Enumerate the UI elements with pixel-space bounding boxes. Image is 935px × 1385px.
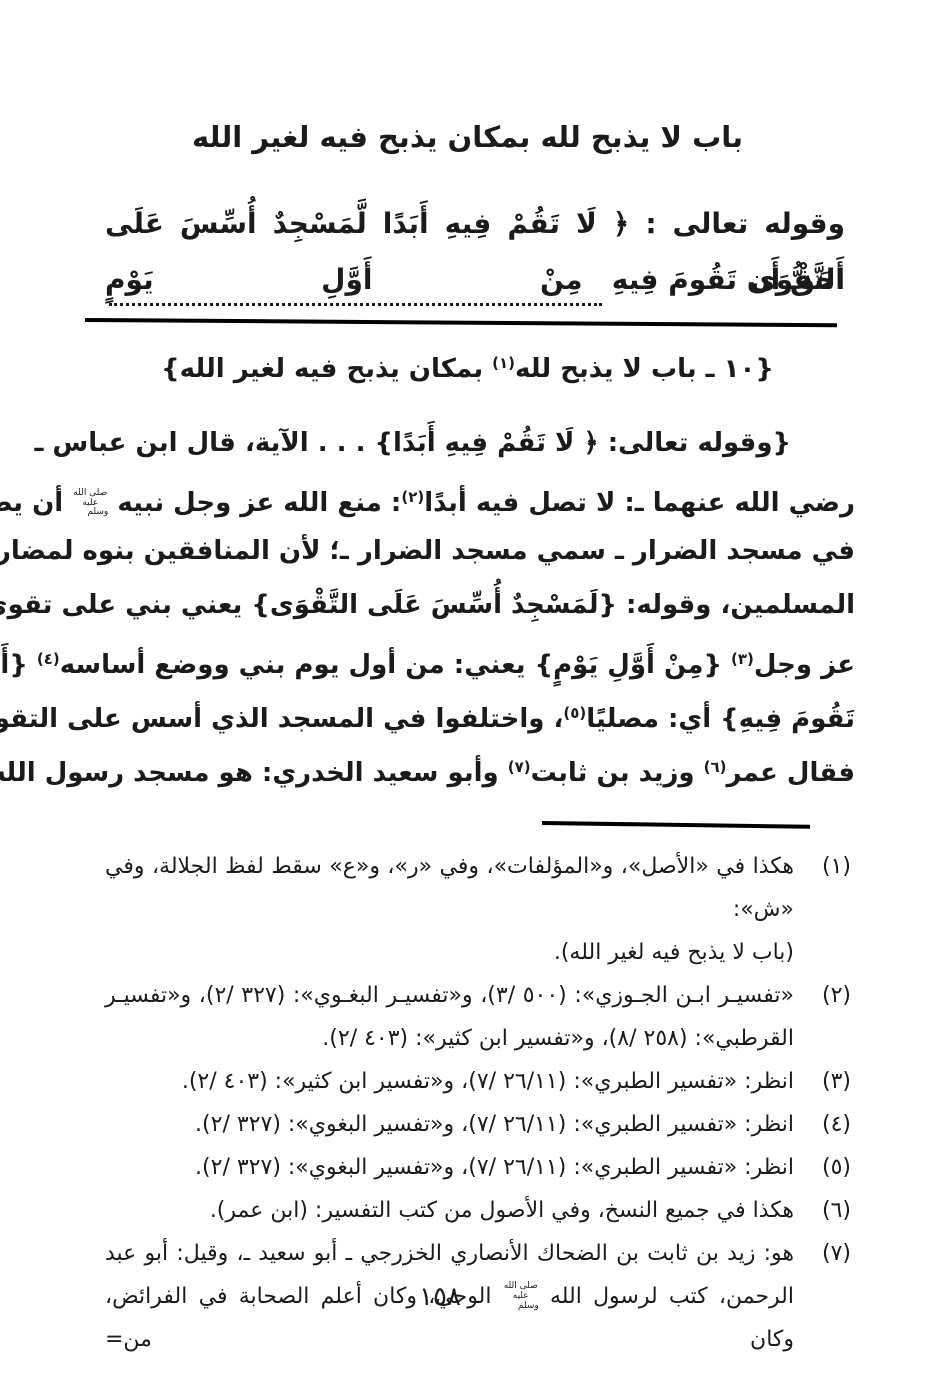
footnote-line: هكذا في «الأصل»، و«المؤلفات»، وفي «ر»، و… — [105, 845, 794, 931]
text-run: رضي الله عنهما ـ: لا تصل فيه أبدًا — [424, 488, 855, 518]
text-run: هو: زيد بن ثابت بن الضحاك الأنصاري الخزر… — [105, 1241, 794, 1266]
footnote-marker: (٧) — [794, 1232, 855, 1361]
footnote-text: انظر: «تفسير الطبري»: (٢٦/١١ /٧)، و«تفسي… — [105, 1103, 794, 1146]
text-run: انظر: «تفسير الطبري»: (٢٦/١١ /٧)، و«تفسي… — [195, 1112, 794, 1137]
footnote: (٢)«تفسيـر ابـن الجـوزي»: (٥٠٠ /٣)، و«تف… — [105, 974, 855, 1060]
body-line: عز وجل(٣) {مِنْ أَوَّلِ يَوْمٍ} يعني: من… — [105, 632, 855, 686]
footnote-ref: (٢) — [401, 488, 424, 506]
text-run: انظر: «تفسير الطبري»: (٢٦/١١ /٧)، و«تفسي… — [195, 1155, 794, 1180]
body-line: تَقُومَ فِيهِ} أي: مصليًا(٥)، واختلفوا ف… — [105, 686, 855, 740]
footnote-line: انظر: «تفسير الطبري»: (٢٦/١١ /٧)، و«تفسي… — [105, 1103, 794, 1146]
text-run: وزيد بن ثابت — [531, 758, 704, 788]
text-run: : منع الله عز وجل نبيه — [108, 488, 401, 518]
footnote-line: هو: زيد بن ثابت بن الضحاك الأنصاري الخزر… — [105, 1232, 794, 1275]
footnote-marker: (٣) — [794, 1060, 855, 1103]
footnote: (٣)انظر: «تفسير الطبري»: (٢٦/١١ /٧)، و«ت… — [105, 1060, 855, 1103]
text-run: في مسجد الضرار ـ سمي مسجد الضرار ـ؛ لأن … — [0, 536, 855, 566]
text-run: {وقوله تعالى: — [599, 428, 791, 458]
text-run: انظر: «تفسير الطبري»: (٢٦/١١ /٧)، و«تفسي… — [182, 1069, 794, 1094]
body-line: المسلمين، وقوله: {لَمَسْجِدٌ أُسِّسَ عَل… — [105, 578, 855, 632]
book-page: باب لا يذبح لله بمكان يذبح فيه لغير الله… — [0, 0, 935, 1385]
section-divider-rule — [85, 318, 837, 327]
text-run: } يعني: من أول يوم بني ووضع أساسه — [60, 650, 553, 680]
page-number: ١٥٨ — [398, 1282, 482, 1312]
footnote-line: انظر: «تفسير الطبري»: (٢٦/١١ /٧)، و«تفسي… — [105, 1146, 794, 1189]
dots-leader — [109, 263, 602, 306]
quran-text: ﴿ لَا تَقُمْ فِيهِ أَبَدًا — [393, 428, 599, 458]
quran-open-bracket-icon: ﴿ — [597, 207, 629, 240]
footnote-divider-rule — [542, 821, 810, 829]
footnote: (١)هكذا في «الأصل»، و«المؤلفات»، وفي «ر»… — [105, 845, 855, 974]
text-run: فقال عمر — [727, 758, 855, 788]
body-line: فقال عمر(٦) وزيد بن ثابت(٧) وأبو سعيد ال… — [105, 740, 855, 794]
footnote-ref: (٧) — [508, 758, 531, 776]
verse-intro: وقوله تعالى : — [629, 207, 845, 240]
footnote-line: انظر: «تفسير الطبري»: (٢٦/١١ /٧)، و«تفسي… — [105, 1060, 794, 1103]
text-run: { — [703, 650, 731, 680]
sallallahu-symbol: صلى الله عليه وسلم — [503, 1282, 539, 1312]
footnote-text: هكذا في «الأصل»، و«المؤلفات»، وفي «ر»، و… — [105, 845, 794, 974]
text-run: } أي: مصليًا — [586, 704, 738, 734]
footnote-text: «تفسيـر ابـن الجـوزي»: (٥٠٠ /٣)، و«تفسيـ… — [105, 974, 794, 1060]
footnote-ref: (١) — [492, 354, 515, 372]
quran-text: لَمَسْجِدٌ أُسِّسَ عَلَى التَّقْوَى — [270, 590, 599, 620]
text-run: } يعني بني على تقوى الله — [0, 590, 270, 620]
footnote-ref: (٥) — [563, 704, 586, 722]
text-run: (باب لا يذبح فيه لغير الله). — [554, 940, 794, 965]
text-run: الرحمن، كتب لرسول الله — [539, 1284, 794, 1309]
footnote: (٥)انظر: «تفسير الطبري»: (٢٦/١١ /٧)، و«ت… — [105, 1146, 855, 1189]
section-heading-text: بمكان يذبح فيه لغير الله} — [161, 354, 492, 384]
body-line: {وقوله تعالى: ﴿ لَا تَقُمْ فِيهِ أَبَدًا… — [105, 416, 855, 470]
footnote-marker: (١) — [794, 845, 855, 974]
footnote-line: هكذا في جميع النسخ، وفي الأصول من كتب ال… — [105, 1189, 794, 1232]
footnote-text: هكذا في جميع النسخ، وفي الأصول من كتب ال… — [105, 1189, 794, 1232]
text-run: ، واختلفوا في المسجد الذي أسس على التقوى — [0, 704, 563, 734]
quran-text: أَحَقُّ أَن — [0, 650, 9, 680]
section-heading-text: {١٠ ـ باب لا يذبح لله — [515, 354, 774, 384]
footnote-line: «تفسيـر ابـن الجـوزي»: (٥٠٠ /٣)، و«تفسيـ… — [105, 974, 794, 1017]
text-run: عز وجل — [754, 650, 855, 680]
footnote-marker: (٥) — [794, 1146, 855, 1189]
footnote-marker: (٢) — [794, 974, 855, 1060]
text-run: المسلمين، وقوله: { — [598, 590, 855, 620]
body-line: في مسجد الضرار ـ سمي مسجد الضرار ـ؛ لأن … — [105, 524, 855, 578]
footnote-marker: (٦) — [794, 1189, 855, 1232]
footnote-marker: (٤) — [794, 1103, 855, 1146]
body-paragraph: {وقوله تعالى: ﴿ لَا تَقُمْ فِيهِ أَبَدًا… — [105, 416, 855, 794]
footnote-line: (باب لا يذبح فيه لغير الله). — [105, 931, 794, 974]
footnote-text: انظر: «تفسير الطبري»: (٢٦/١١ /٧)، و«تفسي… — [105, 1146, 794, 1189]
footnote-ref: (٦) — [704, 758, 727, 776]
text-run: القرطبي»: (٢٥٨ /٨)، و«تفسير ابن كثير»: (… — [322, 1026, 794, 1051]
body-line: رضي الله عنهما ـ: لا تصل فيه أبدًا(٢): م… — [105, 470, 855, 524]
text-run: وأبو سعيد الخدري: هو مسجد رسول الله — [0, 758, 508, 788]
text-run: { — [9, 650, 37, 680]
footnote-text: انظر: «تفسير الطبري»: (٢٦/١١ /٧)، و«تفسي… — [105, 1060, 794, 1103]
quran-text: مِنْ أَوَّلِ يَوْمٍ — [553, 650, 703, 680]
text-run: هكذا في «الأصل»، و«المؤلفات»، وفي «ر»، و… — [105, 854, 794, 922]
footnote: (٤)انظر: «تفسير الطبري»: (٢٦/١١ /٧)، و«ت… — [105, 1103, 855, 1146]
footnote: (٦)هكذا في جميع النسخ، وفي الأصول من كتب… — [105, 1189, 855, 1232]
footnote-line: القرطبي»: (٢٥٨ /٨)، و«تفسير ابن كثير»: (… — [105, 1017, 794, 1060]
quran-text: تَقُومَ فِيهِ — [739, 704, 855, 734]
sallallahu-symbol: صلى الله عليه وسلم — [72, 489, 108, 519]
footnote-ref: (٤) — [37, 650, 60, 668]
text-run: هكذا في جميع النسخ، وفي الأصول من كتب ال… — [210, 1198, 794, 1223]
footnote-ref: (٣) — [731, 650, 754, 668]
quran-verse-line-2: أَحَقُّ أَن تَقُومَ فِيهِ — [105, 254, 855, 306]
section-heading: {١٠ ـ باب لا يذبح لله(١) بمكان يذبح فيه … — [80, 354, 855, 384]
text-run: أن يصلي — [0, 488, 72, 518]
chapter-title: باب لا يذبح لله بمكان يذبح فيه لغير الله — [80, 120, 855, 154]
text-run: } . . . الآية، قال ابن عباس ـ — [34, 428, 393, 458]
quran-text: أَحَقُّ أَن تَقُومَ فِيهِ — [612, 254, 855, 306]
text-run: «تفسيـر ابـن الجـوزي»: (٥٠٠ /٣)، و«تفسيـ… — [105, 983, 794, 1008]
